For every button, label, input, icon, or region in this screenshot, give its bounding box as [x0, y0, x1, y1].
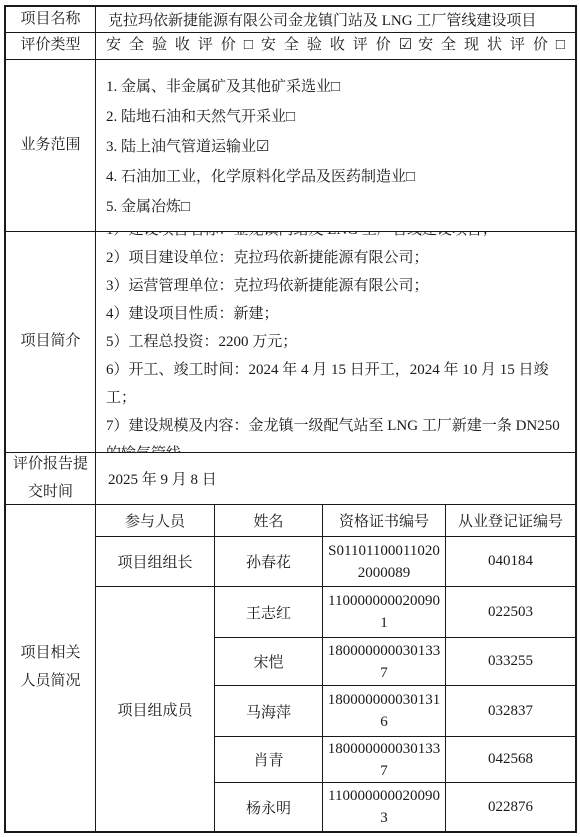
personnel-header-name: 姓名: [215, 505, 323, 537]
member-reg-cell: 042568: [446, 737, 575, 783]
member-reg-cell: 032837: [446, 686, 575, 737]
leader-role-cell: 项目组组长: [96, 537, 215, 587]
member-cert-cell: 1800000000301316: [323, 686, 446, 737]
member-name-cell: 肖青: [215, 737, 323, 783]
business-scope-list: 1. 金属、非金属矿及其他矿采选业□ 2. 陆地石油和天然气开采业□ 3. 陆上…: [96, 60, 575, 232]
member-name-cell: 马海萍: [215, 686, 323, 737]
business-scope-item: 2. 陆地石油和天然气开采业□: [106, 105, 567, 126]
evaluation-type-label: 评价类型: [6, 33, 96, 60]
project-overview-item: 4）建设项目性质：新建；: [106, 300, 563, 328]
project-overview-item: 7）建设规模及内容：金龙镇一级配气站至 LNG 工厂新建一条 DN250 的输气…: [106, 412, 563, 453]
report-date-label: 评价报告提 交时间: [6, 453, 96, 505]
project-overview-item: 2）项目建设单位：克拉玛依新捷能源有限公司；: [106, 244, 563, 272]
members-role-cell: 项目组成员: [96, 587, 215, 831]
project-overview-item: 5）工程总投资：2200 万元；: [106, 328, 563, 356]
evaluation-type-value: 安 全 验 收 评 价 □ 安 全 验 收 评 价 ☑ 安 全 现 状 评 价 …: [96, 33, 575, 60]
business-scope-item: 5. 金属冶炼□: [106, 195, 567, 216]
project-name-value: 克拉玛依新捷能源有限公司金龙镇门站及 LNG 工厂管线建设项目: [96, 7, 575, 33]
member-reg-cell: 022503: [446, 587, 575, 638]
member-cert-cell: 1100000000200901: [323, 587, 446, 638]
personnel-header-role: 参与人员: [96, 505, 215, 537]
project-overview-item: 3）运营管理单位：克拉玛依新捷能源有限公司；: [106, 272, 563, 300]
member-cert-cell: 1100000000200903: [323, 783, 446, 831]
leader-reg-cell: 040184: [446, 537, 575, 587]
business-scope-item: 1. 金属、非金属矿及其他矿采选业□: [106, 75, 567, 96]
project-name-label: 项目名称: [6, 7, 96, 33]
member-reg-cell: 033255: [446, 638, 575, 686]
member-reg-cell: 022876: [446, 783, 575, 831]
business-scope-label: 业务范围: [6, 60, 96, 232]
project-overview-list: 1）建设项目名称：金龙镇门站及 LNG 工厂管线建设项目； 2）项目建设单位：克…: [96, 232, 575, 453]
personnel-header-reg: 从业登记证编号: [446, 505, 575, 537]
member-cert-cell: 1800000000301337: [323, 638, 446, 686]
leader-name-cell: 孙春花: [215, 537, 323, 587]
project-overview-item: 6）开工、竣工时间：2024 年 4 月 15 日开工，2024 年 10 月 …: [106, 356, 563, 412]
member-name-cell: 王志红: [215, 587, 323, 638]
member-name-cell: 宋恺: [215, 638, 323, 686]
member-cert-cell: 1800000000301337: [323, 737, 446, 783]
business-scope-item: 3. 陆上油气管道运输业☑: [106, 135, 567, 156]
report-date-value: 2025 年 9 月 8 日: [96, 453, 575, 505]
project-overview-label: 项目简介: [6, 232, 96, 453]
project-overview-item: 1）建设项目名称：金龙镇门站及 LNG 工厂管线建设项目；: [106, 232, 563, 244]
document-page: 项目名称 克拉玛依新捷能源有限公司金龙镇门站及 LNG 工厂管线建设项目 评价类…: [0, 0, 580, 837]
member-name-cell: 杨永明: [215, 783, 323, 831]
project-info-table: 项目名称 克拉玛依新捷能源有限公司金龙镇门站及 LNG 工厂管线建设项目 评价类…: [4, 5, 577, 833]
leader-cert-cell: S011011000110202000089: [323, 537, 446, 587]
personnel-section-label: 项目相关 人员简况: [6, 505, 96, 831]
personnel-header-cert: 资格证书编号: [323, 505, 446, 537]
business-scope-item: 4. 石油加工业，化学原料化学品及医药制造业□: [106, 165, 567, 186]
